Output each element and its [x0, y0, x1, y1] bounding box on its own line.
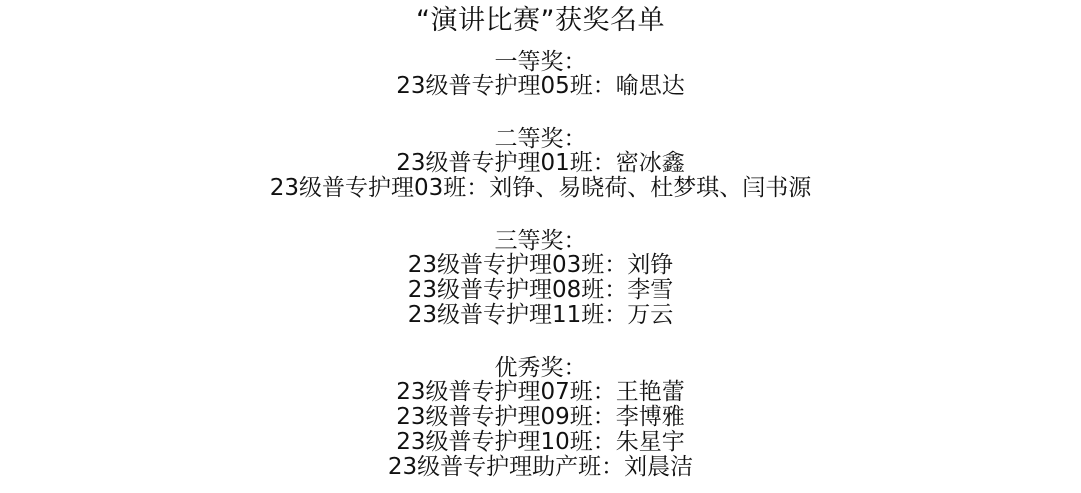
- section-heading: 一等奖：: [0, 50, 1081, 74]
- class-name: 23级普专护理10班: [396, 429, 593, 455]
- separator: ：: [604, 252, 627, 278]
- award-entry: 23级普专护理03班：刘铮: [0, 253, 1081, 278]
- award-entry: 23级普专护理助产班：刘晨洁: [0, 455, 1081, 480]
- winner-names: 密冰鑫: [616, 150, 685, 176]
- separator: ：: [593, 379, 616, 405]
- winner-names: 李博雅: [616, 404, 685, 430]
- winner-names: 李雪: [627, 277, 673, 303]
- section-third-prize: 三等奖： 23级普专护理03班：刘铮 23级普专护理08班：李雪 23级普专护理…: [0, 229, 1081, 328]
- winner-names: 刘晨洁: [624, 454, 693, 480]
- class-name: 23级普专护理助产班: [388, 454, 601, 480]
- class-name: 23级普专护理01班: [396, 150, 593, 176]
- award-entry: 23级普专护理08班：李雪: [0, 278, 1081, 303]
- section-first-prize: 一等奖： 23级普专护理05班：喻思达: [0, 50, 1081, 99]
- award-entry: 23级普专护理05班：喻思达: [0, 74, 1081, 99]
- separator: ：: [604, 302, 627, 328]
- separator: ：: [601, 454, 624, 480]
- class-name: 23级普专护理07班: [396, 379, 593, 405]
- class-name: 23级普专护理05班: [396, 73, 593, 99]
- winner-names: 喻思达: [616, 73, 685, 99]
- separator: ：: [593, 150, 616, 176]
- separator: ：: [593, 429, 616, 455]
- section-honorable-mention: 优秀奖： 23级普专护理07班：王艳蕾 23级普专护理09班：李博雅 23级普专…: [0, 356, 1081, 480]
- winner-names: 朱星宇: [616, 429, 685, 455]
- award-entry: 23级普专护理11班：万云: [0, 303, 1081, 328]
- class-name: 23级普专护理03班: [408, 252, 605, 278]
- document-title: “演讲比赛”获奖名单: [0, 4, 1081, 38]
- winner-names: 刘铮、易晓荷、杜梦琪、闫书源: [489, 175, 811, 201]
- class-name: 23级普专护理03班: [270, 175, 467, 201]
- winner-names: 万云: [627, 302, 673, 328]
- section-heading: 三等奖：: [0, 229, 1081, 253]
- award-entry: 23级普专护理10班：朱星宇: [0, 430, 1081, 455]
- section-second-prize: 二等奖： 23级普专护理01班：密冰鑫 23级普专护理03班：刘铮、易晓荷、杜梦…: [0, 127, 1081, 201]
- class-name: 23级普专护理09班: [396, 404, 593, 430]
- separator: ：: [593, 404, 616, 430]
- winner-names: 刘铮: [627, 252, 673, 278]
- award-entry: 23级普专护理07班：王艳蕾: [0, 380, 1081, 405]
- class-name: 23级普专护理11班: [408, 302, 605, 328]
- award-entry: 23级普专护理09班：李博雅: [0, 405, 1081, 430]
- award-entry: 23级普专护理03班：刘铮、易晓荷、杜梦琪、闫书源: [0, 176, 1081, 201]
- separator: ：: [593, 73, 616, 99]
- section-heading: 优秀奖：: [0, 356, 1081, 380]
- award-entry: 23级普专护理01班：密冰鑫: [0, 151, 1081, 176]
- winner-names: 王艳蕾: [616, 379, 685, 405]
- separator: ：: [604, 277, 627, 303]
- class-name: 23级普专护理08班: [408, 277, 605, 303]
- section-heading: 二等奖：: [0, 127, 1081, 151]
- separator: ：: [466, 175, 489, 201]
